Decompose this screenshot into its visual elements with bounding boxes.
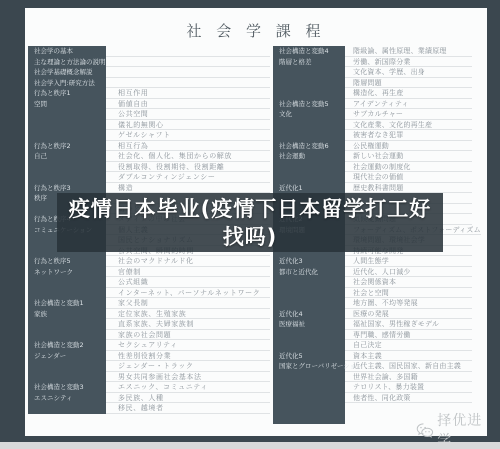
table-row: 都市と近代化近代化、人口減少 <box>273 267 472 278</box>
row-content: アイデンティティ <box>345 99 472 110</box>
row-label <box>273 162 345 173</box>
row-content: 多民族、人種 <box>106 393 270 404</box>
row-content: ゲゼルシャフト <box>106 130 270 141</box>
row-content: 労働、新国際分業 <box>345 57 472 68</box>
row-content: 専門職、感情労働 <box>345 330 472 341</box>
row-label <box>28 120 106 131</box>
table-row: 社会構造と変動5アイデンティティ <box>273 99 472 110</box>
row-content: 性差別役割分業 <box>106 351 270 362</box>
row-content: 相互行為 <box>106 141 270 152</box>
row-content: 家父長制 <box>106 298 270 309</box>
table-row: ゲゼルシャフト <box>28 130 270 141</box>
table-row: 文化資本、学歴、出身 <box>273 67 472 78</box>
row-label: 空間 <box>28 99 106 110</box>
row-content: テロリスト、暴力装置 <box>345 382 472 393</box>
row-label <box>28 288 106 299</box>
table-row: 現代社会の価値 <box>273 172 472 183</box>
row-content: 社会化、個人化、集団からの解放 <box>106 151 270 162</box>
table-row: 近代化3人間生態学 <box>273 256 472 267</box>
page-frame: 社 会 学 課 程 社会学の基本主な理論と方法論の説明社会学基礎概念解説社会学入… <box>0 0 500 449</box>
row-label <box>28 330 106 341</box>
row-content: 社会と空間 <box>345 288 472 299</box>
row-content: 世界社会論、多国籍 <box>345 372 472 383</box>
row-content: セクシュアリティ <box>106 340 270 351</box>
row-label: ジェンダー <box>28 351 106 362</box>
row-label <box>273 288 345 299</box>
table-row: 構造化、再生産 <box>273 88 472 99</box>
row-content: 公式組織 <box>106 277 270 288</box>
row-label <box>273 340 345 351</box>
table-row: 社会関係資本 <box>273 277 472 288</box>
row-content: 社会関係資本 <box>345 277 472 288</box>
row-label <box>273 382 345 393</box>
row-label: 社会構造と変動4 <box>273 46 345 57</box>
row-label: 社会構造と変動1 <box>28 298 106 309</box>
table-row: 自己決定 <box>273 340 472 351</box>
table-row: テロリスト、暴力装置 <box>273 382 472 393</box>
row-label <box>273 88 345 99</box>
row-label <box>273 172 345 183</box>
row-content: ダブルコンティンジェンシー <box>106 172 270 183</box>
table-row: 役割取得、役割期待、役割距離 <box>28 162 270 173</box>
table-row: 移民、越境者 <box>28 403 270 414</box>
table-row: 地方圏、不均等発展 <box>273 298 472 309</box>
row-content: 儀礼的無関心 <box>106 120 270 131</box>
row-content: 相互作用 <box>106 88 270 99</box>
table-row: 自己社会化、個人化、集団からの解放 <box>28 151 270 162</box>
table-row: 国家とグローバリゼーション近代主義、国民国家、新自由主義 <box>273 361 472 372</box>
row-content: 構造 <box>106 183 270 194</box>
row-label <box>28 403 106 414</box>
row-content: 自己決定 <box>345 340 472 351</box>
row-label <box>273 372 345 383</box>
row-label: 社会構造と変動3 <box>28 382 106 393</box>
table-row: 近代化1歴史教科書問題 <box>273 183 472 194</box>
row-label <box>273 277 345 288</box>
row-content: 被害者なき犯罪 <box>345 130 472 141</box>
row-label: 近代化4 <box>273 309 345 320</box>
row-label <box>28 361 106 372</box>
table-row: 社会学の基本 <box>28 46 270 57</box>
row-content: 階級論、属性原理、業績原理 <box>345 46 472 57</box>
row-content: サブカルチャー <box>345 109 472 120</box>
row-content <box>106 57 270 68</box>
row-content: 資本主義 <box>345 351 472 362</box>
row-label: 社会学基礎概念解説 <box>28 67 106 78</box>
table-row: 家族定位家族、生殖家族 <box>28 309 270 320</box>
table-row: 医療福祉福祉国家、男性稼ぎモデル <box>273 319 472 330</box>
table-row: ダブルコンティンジェンシー <box>28 172 270 183</box>
row-label <box>273 298 345 309</box>
table-row: エスニシティ多民族、人種 <box>28 393 270 404</box>
row-label: 家族 <box>28 309 106 320</box>
row-label: 社会構造と変動5 <box>273 99 345 110</box>
table-row: 他者性、同化政策 <box>273 393 472 404</box>
row-label: 社会構造と変動6 <box>273 141 345 152</box>
table-row: 社会運動の制度化 <box>273 162 472 173</box>
table-row: 公共空間 <box>28 109 270 120</box>
table-row: 社会学基礎概念解説 <box>28 67 270 78</box>
table-row: 行為と秩序2相互行為 <box>28 141 270 152</box>
table-row: 社会と空間 <box>273 288 472 299</box>
row-label <box>273 330 345 341</box>
row-label: 近代化1 <box>273 183 345 194</box>
row-content: 家族の社会問題 <box>106 330 270 341</box>
row-label <box>28 162 106 173</box>
table-row: 階層と格差労働、新国際分業 <box>273 57 472 68</box>
table-row: 近代化4医療の発展 <box>273 309 472 320</box>
row-label: ネットワーク <box>28 267 106 278</box>
row-label <box>273 67 345 78</box>
row-content <box>106 78 270 89</box>
row-label <box>28 130 106 141</box>
row-label: 自己 <box>28 151 106 162</box>
row-label: 階層と格差 <box>273 57 345 68</box>
row-content: 近代主義、国民国家、新自由主義 <box>345 361 472 372</box>
row-label: 医療福祉 <box>273 319 345 330</box>
row-label <box>273 393 345 404</box>
row-content: ジェンダー・トラック <box>106 361 270 372</box>
table-row: 家族の社会問題 <box>28 330 270 341</box>
row-label: 国家とグローバリゼーション <box>273 361 345 372</box>
table-row: 文化サブカルチャー <box>273 109 472 120</box>
table-row: 社会構造と変動2セクシュアリティ <box>28 340 270 351</box>
row-content: 社会運動の制度化 <box>345 162 472 173</box>
table-row: 専門職、感情労働 <box>273 330 472 341</box>
table-row: 儀礼的無関心 <box>28 120 270 131</box>
row-label: 都市と近代化 <box>273 267 345 278</box>
table-row: 社会構造と変動3エスニック、コミュニティ <box>28 382 270 393</box>
row-content: 近代化、人口減少 <box>345 267 472 278</box>
row-label: 行為と秩序3 <box>28 183 106 194</box>
row-label: 社会運動 <box>273 151 345 162</box>
row-label: 社会学の基本 <box>28 46 106 57</box>
row-label: 行為と秩序1 <box>28 88 106 99</box>
table-row: 行為と秩序3構造 <box>28 183 270 194</box>
row-label <box>273 414 345 425</box>
table-row: インターネット、パーソナルネットワーク <box>28 288 270 299</box>
table-row: 世界社会論、多国籍 <box>273 372 472 383</box>
row-label <box>28 319 106 330</box>
row-content: 医療の発展 <box>345 309 472 320</box>
wechat-logo-icon <box>416 421 434 440</box>
row-content <box>106 67 270 78</box>
bottom-strip <box>0 442 500 449</box>
row-content: 公共空間 <box>106 109 270 120</box>
table-row: 社会学入門:研究方法 <box>28 78 270 89</box>
page-title: 社 会 学 課 程 <box>25 20 487 41</box>
table-row: 階層問題 <box>273 78 472 89</box>
row-content: 文化資本、学歴、出身 <box>345 67 472 78</box>
row-label: 行為と秩序5 <box>28 256 106 267</box>
row-label: 近代化3 <box>273 256 345 267</box>
row-content: 移民、越境者 <box>106 403 270 414</box>
table-row: 直系家族、夫婦家族制 <box>28 319 270 330</box>
row-label: エスニシティ <box>28 393 106 404</box>
overlay-title: 疫情日本毕业(疫情下日本留学打工好找吗) <box>57 195 443 251</box>
row-content: 構造化、再生産 <box>345 88 472 99</box>
row-content: 役割取得、役割期待、役割距離 <box>106 162 270 173</box>
row-content: 公民権運動 <box>345 141 472 152</box>
table-row: 公式組織 <box>28 277 270 288</box>
table-row: 被害者なき犯罪 <box>273 130 472 141</box>
table-row: 行為と秩序1相互作用 <box>28 88 270 99</box>
table-row: 社会運動新しい社会運動 <box>273 151 472 162</box>
row-content: インターネット、パーソナルネットワーク <box>106 288 270 299</box>
row-label: 社会構造と変動2 <box>28 340 106 351</box>
table-row: 空間価値自由 <box>28 99 270 110</box>
row-content: 人間生態学 <box>345 256 472 267</box>
row-label <box>273 120 345 131</box>
overlay-banner: 疫情日本毕业(疫情下日本留学打工好找吗) <box>57 193 443 252</box>
row-label: 社会学入門:研究方法 <box>28 78 106 89</box>
row-content: 直系家族、夫婦家族制 <box>106 319 270 330</box>
table-row: 主な理論と方法論の説明 <box>28 57 270 68</box>
row-label <box>28 109 106 120</box>
row-content: 価値自由 <box>106 99 270 110</box>
row-label: 近代化5 <box>273 351 345 362</box>
table-row: 行為と秩序5社会のマクドナルド化 <box>28 256 270 267</box>
table-row: ネットワーク官僚制 <box>28 267 270 278</box>
row-content: 地方圏、不均等発展 <box>345 298 472 309</box>
row-content: 現代社会の価値 <box>345 172 472 183</box>
row-content: 他者性、同化政策 <box>345 393 472 404</box>
row-content: エスニック、コミュニティ <box>106 382 270 393</box>
row-content: 社会のマクドナルド化 <box>106 256 270 267</box>
table-row: ジェンダー性差別役割分業 <box>28 351 270 362</box>
row-content <box>106 46 270 57</box>
row-content: 文化産業、文化的再生産 <box>345 120 472 131</box>
row-content: 歴史教科書問題 <box>345 183 472 194</box>
table-row: 近代化5資本主義 <box>273 351 472 362</box>
table-row: 文化産業、文化的再生産 <box>273 120 472 131</box>
table-row: 男女共同参画社会基本法 <box>28 372 270 383</box>
row-label <box>28 172 106 183</box>
table-row: 社会構造と変動6公民権運動 <box>273 141 472 152</box>
row-content: 官僚制 <box>106 267 270 278</box>
table-row: 社会構造と変動1家父長制 <box>28 298 270 309</box>
row-label <box>273 78 345 89</box>
table-row: 社会構造と変動4階級論、属性原理、業績原理 <box>273 46 472 57</box>
row-label <box>28 372 106 383</box>
row-content: 階層問題 <box>345 78 472 89</box>
row-label: 文化 <box>273 109 345 120</box>
row-label <box>28 277 106 288</box>
row-label <box>273 403 345 414</box>
row-content: 福祉国家、男性稼ぎモデル <box>345 319 472 330</box>
row-label <box>273 130 345 141</box>
row-label: 主な理論と方法論の説明 <box>28 57 106 68</box>
row-label: 行為と秩序2 <box>28 141 106 152</box>
row-content: 定位家族、生殖家族 <box>106 309 270 320</box>
row-content: 男女共同参画社会基本法 <box>106 372 270 383</box>
row-content: 新しい社会運動 <box>345 151 472 162</box>
table-row: ジェンダー・トラック <box>28 361 270 372</box>
